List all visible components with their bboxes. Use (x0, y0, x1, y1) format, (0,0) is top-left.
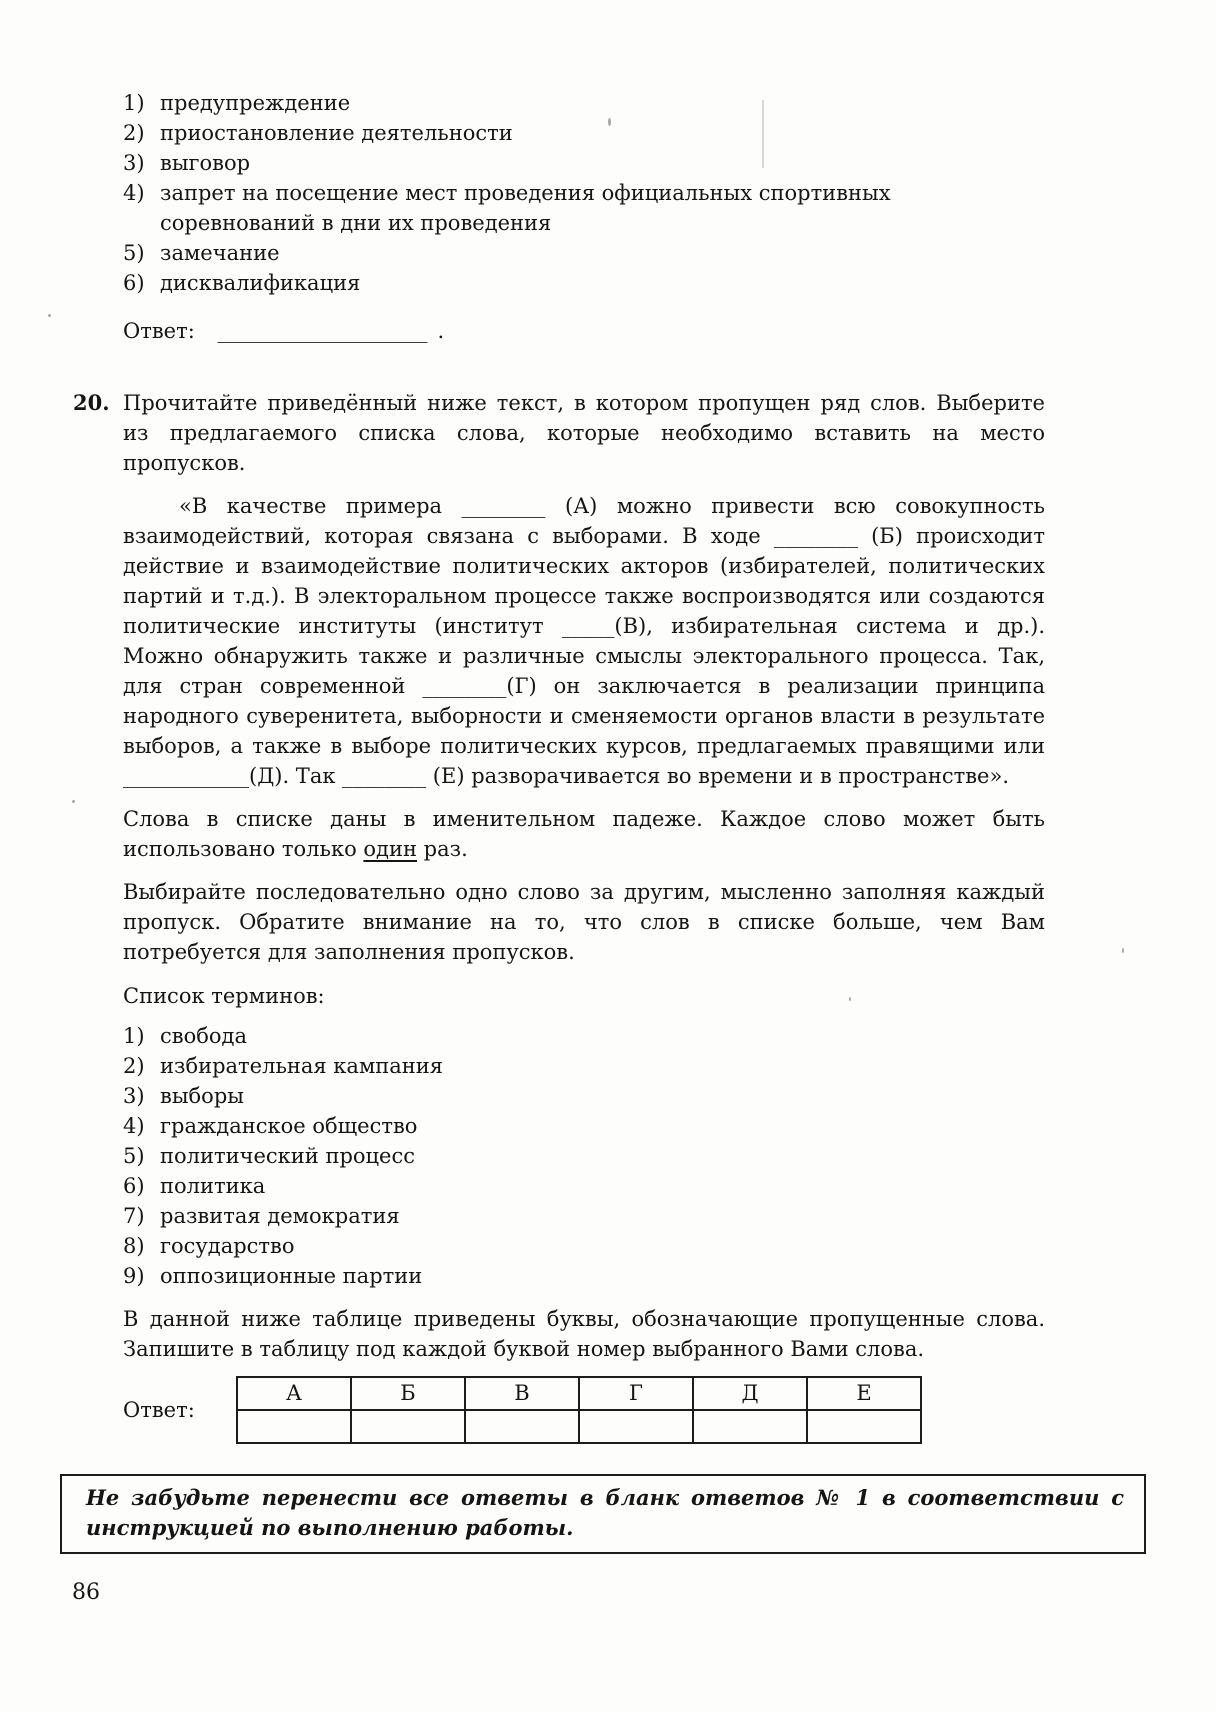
scan-artifact (608, 118, 611, 126)
choose-note: Выбирайте последовательно одно слово за … (123, 877, 1045, 967)
term-number: 5) (123, 1141, 160, 1171)
scan-artifact (1122, 948, 1124, 953)
answer-table-value-cell (807, 1410, 921, 1443)
term-item: 6) политика (123, 1171, 1045, 1201)
term-number: 1) (123, 1021, 160, 1051)
term-item: 5) политический процесс (123, 1141, 1045, 1171)
term-item: 3) выборы (123, 1081, 1045, 1111)
question-prompt: Прочитайте приведённый ниже текст, в кот… (123, 388, 1045, 478)
option-item: 3) выговор (123, 148, 1045, 178)
answer-label: Ответ: (123, 319, 195, 343)
answer-line: Ответ: ____________________. (123, 316, 1045, 346)
answer-table: А Б В Г Д Е (236, 1376, 922, 1444)
term-text: избирательная кампания (160, 1051, 1045, 1081)
answer-blank: ____________________ (217, 319, 427, 343)
page-number: 86 (72, 1578, 1216, 1608)
answer-table-value-row (237, 1410, 921, 1443)
term-item: 1) свобода (123, 1021, 1045, 1051)
option-number: 1) (123, 88, 160, 118)
case-note: Слова в списке даны в именительном падеж… (123, 804, 1045, 864)
answer-table-value-cell (465, 1410, 579, 1443)
option-item: 5) замечание (123, 238, 1045, 268)
terms-list: 1) свобода 2) избирательная кампания 3) … (123, 1021, 1045, 1291)
option-item: 6) дисквалификация (123, 268, 1045, 298)
option-item: 1) предупреждение (123, 88, 1045, 118)
cloze-passage: «В качестве примера ________ (А) можно п… (123, 491, 1045, 791)
option-item: 4) запрет на посещение мест проведения о… (123, 178, 1045, 238)
term-number: 7) (123, 1201, 160, 1231)
term-item: 9) оппозиционные партии (123, 1261, 1045, 1291)
question-20: 20. Прочитайте приведённый ниже текст, в… (123, 388, 1045, 1444)
answer-table-header-cell: А (237, 1377, 351, 1410)
answer-table-value-cell (693, 1410, 807, 1443)
table-instruction: В данной ниже таблице приведены буквы, о… (123, 1304, 1045, 1364)
answer-table-value-cell (579, 1410, 693, 1443)
term-number: 9) (123, 1261, 160, 1291)
option-text: приостановление деятельности (160, 118, 1045, 148)
option-text: предупреждение (160, 88, 1045, 118)
term-number: 8) (123, 1231, 160, 1261)
answer-table-header-cell: Б (351, 1377, 465, 1410)
answer-table-value-cell (237, 1410, 351, 1443)
answer-table-header-row: А Б В Г Д Е (237, 1377, 921, 1410)
answer-label: Ответ: (123, 1395, 236, 1425)
scanned-exam-page: 1) предупреждение 2) приостановление дея… (0, 0, 1216, 1712)
terms-list-label: Список терминов: (123, 981, 1045, 1011)
term-item: 2) избирательная кампания (123, 1051, 1045, 1081)
option-text: выговор (160, 148, 1045, 178)
option-number: 2) (123, 118, 160, 148)
term-text: свобода (160, 1021, 1045, 1051)
option-text: дисквалификация (160, 268, 1045, 298)
answer-table-row: Ответ: А Б В Г Д Е (123, 1376, 1045, 1444)
case-note-pre: Слова в списке даны в именительном падеж… (123, 807, 1045, 861)
answer-period: . (437, 319, 444, 343)
option-number: 4) (123, 178, 160, 238)
term-item: 4) гражданское общество (123, 1111, 1045, 1141)
term-number: 3) (123, 1081, 160, 1111)
answer-table-header-cell: Д (693, 1377, 807, 1410)
option-item: 2) приостановление деятельности (123, 118, 1045, 148)
term-text: гражданское общество (160, 1111, 1045, 1141)
term-number: 6) (123, 1171, 160, 1201)
option-number: 3) (123, 148, 160, 178)
option-text: замечание (160, 238, 1045, 268)
option-number: 5) (123, 238, 160, 268)
scan-artifact (762, 100, 764, 168)
answer-table-header-cell: Г (579, 1377, 693, 1410)
question-number: 20. (73, 388, 110, 418)
term-text: политический процесс (160, 1141, 1045, 1171)
scan-artifact (72, 800, 75, 803)
term-item: 8) государство (123, 1231, 1045, 1261)
term-text: выборы (160, 1081, 1045, 1111)
option-number: 6) (123, 268, 160, 298)
answer-table-header-cell: В (465, 1377, 579, 1410)
term-text: политика (160, 1171, 1045, 1201)
answer-table-header-cell: Е (807, 1377, 921, 1410)
term-text: развитая демократия (160, 1201, 1045, 1231)
answer-table-value-cell (351, 1410, 465, 1443)
term-number: 4) (123, 1111, 160, 1141)
previous-question-options: 1) предупреждение 2) приостановление дея… (123, 88, 1045, 298)
transfer-answers-reminder: Не забудьте перенести все ответы в бланк… (60, 1474, 1146, 1554)
term-text: государство (160, 1231, 1045, 1261)
option-text: запрет на посещение мест проведения офиц… (160, 178, 1045, 238)
page-content: 1) предупреждение 2) приостановление дея… (123, 88, 1045, 1444)
case-note-underlined-word: один (363, 837, 417, 861)
term-item: 7) развитая демократия (123, 1201, 1045, 1231)
term-number: 2) (123, 1051, 160, 1081)
term-text: оппозиционные партии (160, 1261, 1045, 1291)
scan-artifact (48, 314, 51, 317)
case-note-post: раз. (417, 837, 468, 861)
